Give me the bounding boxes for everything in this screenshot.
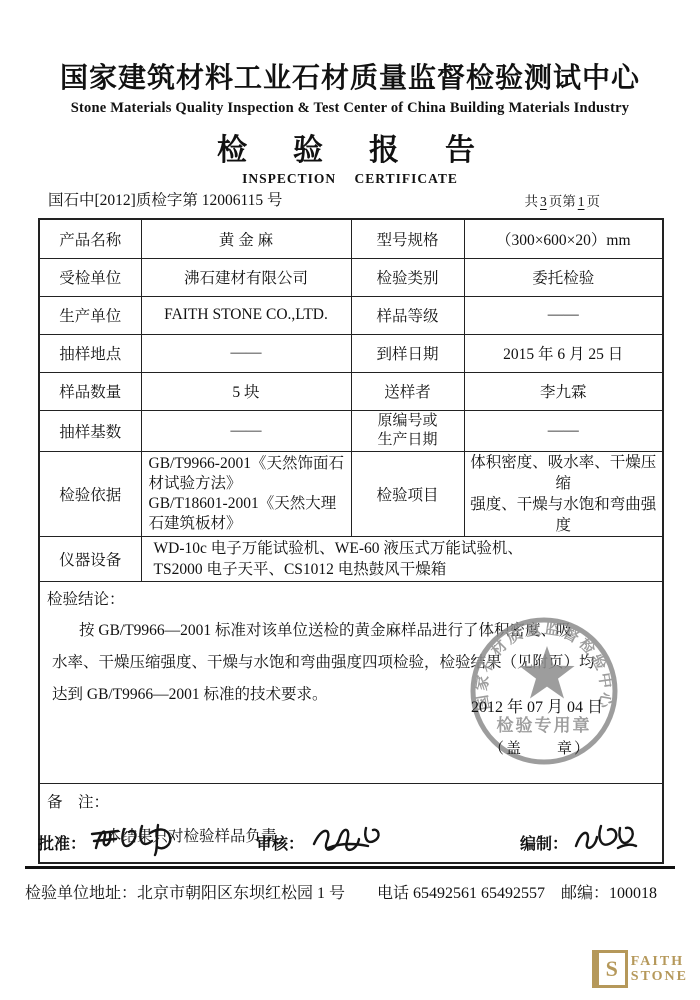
- equipment-list: WD-10c 电子万能试验机、WE-60 液压式万能试验机、 TS2000 电子…: [141, 536, 663, 581]
- table-row-equipment: 仪器设备 WD-10c 电子万能试验机、WE-60 液压式万能试验机、 TS20…: [39, 536, 663, 581]
- field-label: 样品等级: [351, 296, 464, 334]
- field-label: 送样者: [351, 372, 464, 410]
- page-current: 1: [576, 194, 587, 209]
- field-value: 2015 年 6 月 25 日: [464, 334, 663, 372]
- stamp-center-label: 检验专用章: [497, 715, 592, 735]
- document-header: 国家建筑材料工业石材质量监督检验测试中心 Stone Materials Qua…: [0, 62, 700, 187]
- table-row-basis: 检验依据 GB/T9966-2001《天然饰面石材试验方法》 GB/T18601…: [39, 451, 663, 536]
- basis-standard-line: GB/T18601-2001《天然大理石建筑板材》: [149, 494, 350, 534]
- report-title-cn: 检 验 报 告: [0, 125, 700, 169]
- document-number: 国石中[2012]质检字第 12006115 号: [48, 188, 283, 210]
- approve-signature: [86, 820, 178, 860]
- field-value: ——: [464, 410, 663, 451]
- signature-row: 批准： 审核：: [38, 820, 662, 866]
- table-row: 产品名称 黄 金 麻 型号规格 （300×600×20）mm: [39, 219, 663, 258]
- field-label: 抽样基数: [39, 410, 141, 451]
- report-title-en: INSPECTION CERTIFICATE: [0, 171, 700, 187]
- field-label: 产品名称: [39, 219, 141, 258]
- prepare-label: 编制：: [520, 831, 568, 860]
- field-value: 沸石建材有限公司: [141, 258, 351, 296]
- page-indicator-mid: 页第: [549, 194, 576, 209]
- equipment-line: WD-10c 电子万能试验机、WE-60 液压式万能试验机、: [154, 538, 662, 559]
- table-row: 抽样基数 —— 原编号或 生产日期 ——: [39, 410, 663, 451]
- logo-wordmark: FAITH STONE: [631, 954, 688, 984]
- certificate-page: 国家建筑材料工业石材质量监督检验测试中心 Stone Materials Qua…: [0, 0, 700, 1000]
- logo-word: STONE: [631, 969, 688, 984]
- inspection-items-line: 强度、干燥与水饱和弯曲强度: [467, 494, 661, 536]
- field-value: 黄 金 麻: [141, 219, 351, 258]
- footer-divider: [25, 866, 675, 869]
- field-label: 型号规格: [351, 219, 464, 258]
- field-label-line: 生产日期: [353, 431, 463, 450]
- conclusion-section: 检验结论： 按 GB/T9966—2001 标准对该单位送检的黄金麻样品进行了体…: [39, 581, 663, 783]
- conclusion-date: 2012 年 07 月 04 日: [471, 694, 603, 717]
- field-value: （300×600×20）mm: [464, 219, 663, 258]
- table-row: 受检单位 沸石建材有限公司 检验类别 委托检验: [39, 258, 663, 296]
- table-row: 抽样地点 —— 到样日期 2015 年 6 月 25 日: [39, 334, 663, 372]
- field-label: 到样日期: [351, 334, 464, 372]
- inspection-items: 体积密度、吸水率、干燥压缩 强度、干燥与水饱和弯曲强度: [464, 451, 663, 536]
- table-row: 生产单位 FAITH STONE CO.,LTD. 样品等级 ——: [39, 296, 663, 334]
- org-title-cn: 国家建筑材料工业石材质量监督检验测试中心: [0, 62, 700, 96]
- field-label-line: 原编号或: [353, 412, 463, 431]
- document-number-line: 国石中[2012]质检字第 12006115 号 共3页第1页: [48, 188, 600, 210]
- page-indicator: 共3页第1页: [525, 190, 601, 210]
- field-value: 5 块: [141, 372, 351, 410]
- page-total: 3: [538, 194, 549, 209]
- field-value: 委托检验: [464, 258, 663, 296]
- prepare-signature-group: 编制：: [520, 820, 640, 860]
- field-label: 生产单位: [39, 296, 141, 334]
- review-label: 审核：: [256, 831, 304, 860]
- remarks-label: 备 注：: [47, 790, 109, 812]
- review-signature: [304, 820, 390, 860]
- basis-standard-line: GB/T9966-2001《天然饰面石材试验方法》: [149, 454, 350, 494]
- field-value: ——: [464, 296, 663, 334]
- approve-label: 批准：: [38, 831, 86, 860]
- certificate-table: 产品名称 黄 金 麻 型号规格 （300×600×20）mm 受检单位 沸石建材…: [38, 218, 664, 864]
- seal-note: （盖 章）: [489, 737, 591, 758]
- field-value: FAITH STONE CO.,LTD.: [141, 296, 351, 334]
- approve-signature-group: 批准：: [38, 820, 178, 860]
- table-row: 样品数量 5 块 送样者 李九霖: [39, 372, 663, 410]
- field-label: 原编号或 生产日期: [351, 410, 464, 451]
- basis-standards: GB/T9966-2001《天然饰面石材试验方法》 GB/T18601-2001…: [141, 451, 351, 536]
- equipment-line: TS2000 电子天平、CS1012 电热鼓风干燥箱: [154, 559, 662, 580]
- field-label: 检验项目: [351, 451, 464, 536]
- page-indicator-prefix: 共: [525, 194, 539, 209]
- field-label: 受检单位: [39, 258, 141, 296]
- inspection-items-line: 体积密度、吸水率、干燥压缩: [467, 452, 661, 494]
- footer-contact-info: 检验单位地址：北京市朝阳区东坝红松园 1 号 电话 65492561 65492…: [25, 880, 685, 903]
- prepare-signature: [568, 820, 640, 860]
- conclusion-label: 检验结论：: [47, 587, 125, 609]
- field-value: ——: [141, 410, 351, 451]
- page-indicator-suffix: 页: [587, 194, 601, 209]
- field-label: 检验依据: [39, 451, 141, 536]
- field-value: ——: [141, 334, 351, 372]
- faith-stone-logo: S FAITH STONE: [592, 950, 688, 988]
- logo-monogram-icon: S: [592, 950, 628, 988]
- logo-word: FAITH: [631, 954, 688, 969]
- field-value: 李九霖: [464, 372, 663, 410]
- field-label: 样品数量: [39, 372, 141, 410]
- field-label: 检验类别: [351, 258, 464, 296]
- stamp-star-icon: [519, 646, 574, 699]
- field-label: 抽样地点: [39, 334, 141, 372]
- review-signature-group: 审核：: [256, 820, 390, 860]
- table-row-conclusion: 检验结论： 按 GB/T9966—2001 标准对该单位送检的黄金麻样品进行了体…: [39, 581, 663, 783]
- org-title-en: Stone Materials Quality Inspection & Tes…: [0, 100, 700, 117]
- field-label: 仪器设备: [39, 536, 141, 581]
